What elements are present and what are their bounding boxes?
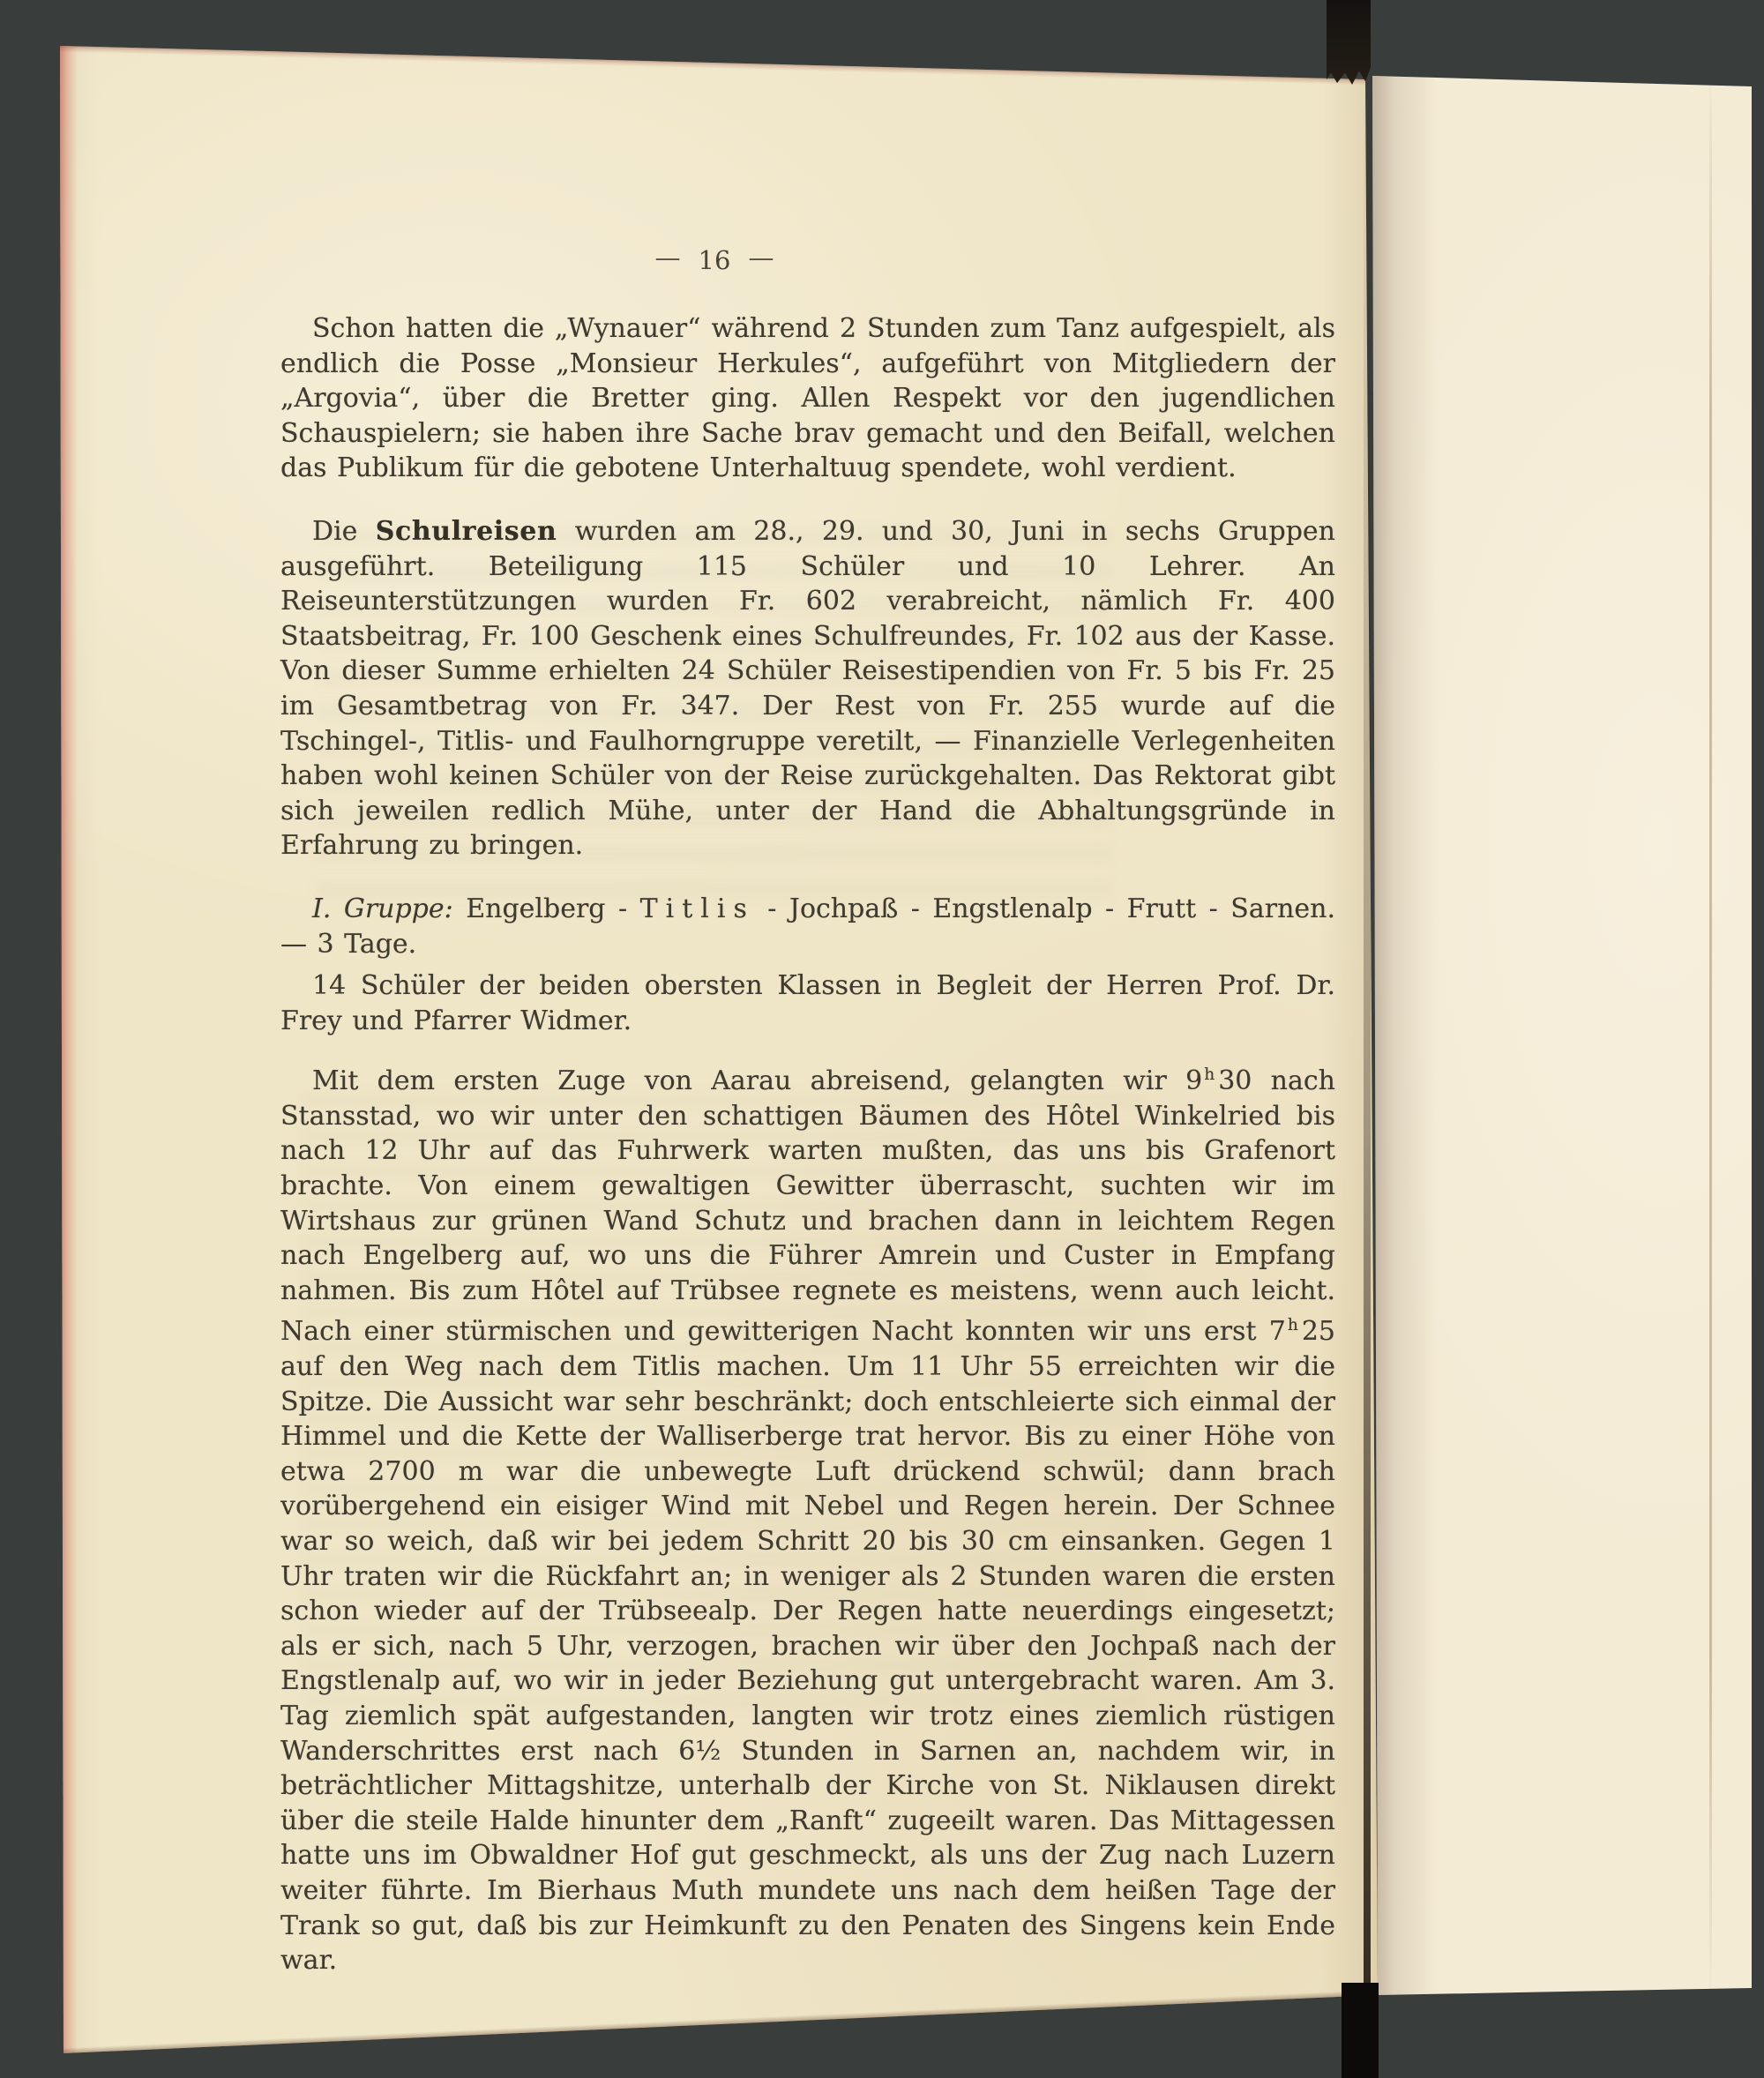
text-segment: Engelberg - xyxy=(453,893,640,924)
folio-number: 16 xyxy=(699,245,731,275)
text-segment: Schon hatten die „Wynauer“ während 2 Stu… xyxy=(280,313,1335,483)
text-segment: h xyxy=(1288,1316,1298,1334)
gutter-shadow xyxy=(1364,81,1371,1992)
text-segment: I. Gruppe: xyxy=(312,893,453,924)
paragraph-3: I. Gruppe: Engelberg - Titlis - Jochpaß … xyxy=(280,892,1335,961)
paragraph-2: Die Schulreisen wurden am 28., 29. und 3… xyxy=(280,514,1335,863)
text-block: Schon hatten die „Wynauer“ während 2 Stu… xyxy=(280,311,1335,1978)
folio-dash-right: — xyxy=(748,243,774,273)
paragraph-5: Mit dem ersten Zuge von Aarau abreisend,… xyxy=(280,1058,1335,1977)
text-segment: Schulreisen xyxy=(376,516,557,547)
page-top-edge xyxy=(56,42,1406,86)
book-page: —16— Schon hatten die „Wynauer“ während … xyxy=(53,35,1380,2059)
text-segment: Die xyxy=(312,516,376,547)
text-segment: 30 nach Stansstad, wo wir unter den scha… xyxy=(280,1065,1335,1347)
red-fore-edge xyxy=(58,35,78,2059)
bookmark-ribbon-top-icon xyxy=(1327,0,1371,85)
folio-dash-left: — xyxy=(655,243,681,273)
text-segment: Mit dem ersten Zuge von Aarau abreisend,… xyxy=(312,1065,1202,1096)
text-segment: wurden am 28., 29. und 30, Juni in sechs… xyxy=(280,516,1335,861)
bookmark-ribbon-bottom-icon xyxy=(1342,1983,1379,2078)
text-segment: 14 Schüler der beiden obersten Klassen i… xyxy=(280,970,1335,1036)
paragraph-1: Schon hatten die „Wynauer“ während 2 Stu… xyxy=(280,311,1335,486)
page-number: —16— xyxy=(617,245,811,275)
facing-page-edge xyxy=(1367,69,1757,2002)
book-scan: —16— Schon hatten die „Wynauer“ während … xyxy=(0,0,1764,2078)
text-segment: Titlis xyxy=(640,893,755,924)
page-bottom-edge xyxy=(62,1989,1397,2058)
text-segment: 25 auf den Weg nach dem Titlis machen. U… xyxy=(280,1316,1335,1976)
text-segment: h xyxy=(1204,1065,1215,1084)
paragraph-4: 14 Schüler der beiden obersten Klassen i… xyxy=(280,968,1335,1038)
page-stack-edge xyxy=(1709,69,1712,2002)
